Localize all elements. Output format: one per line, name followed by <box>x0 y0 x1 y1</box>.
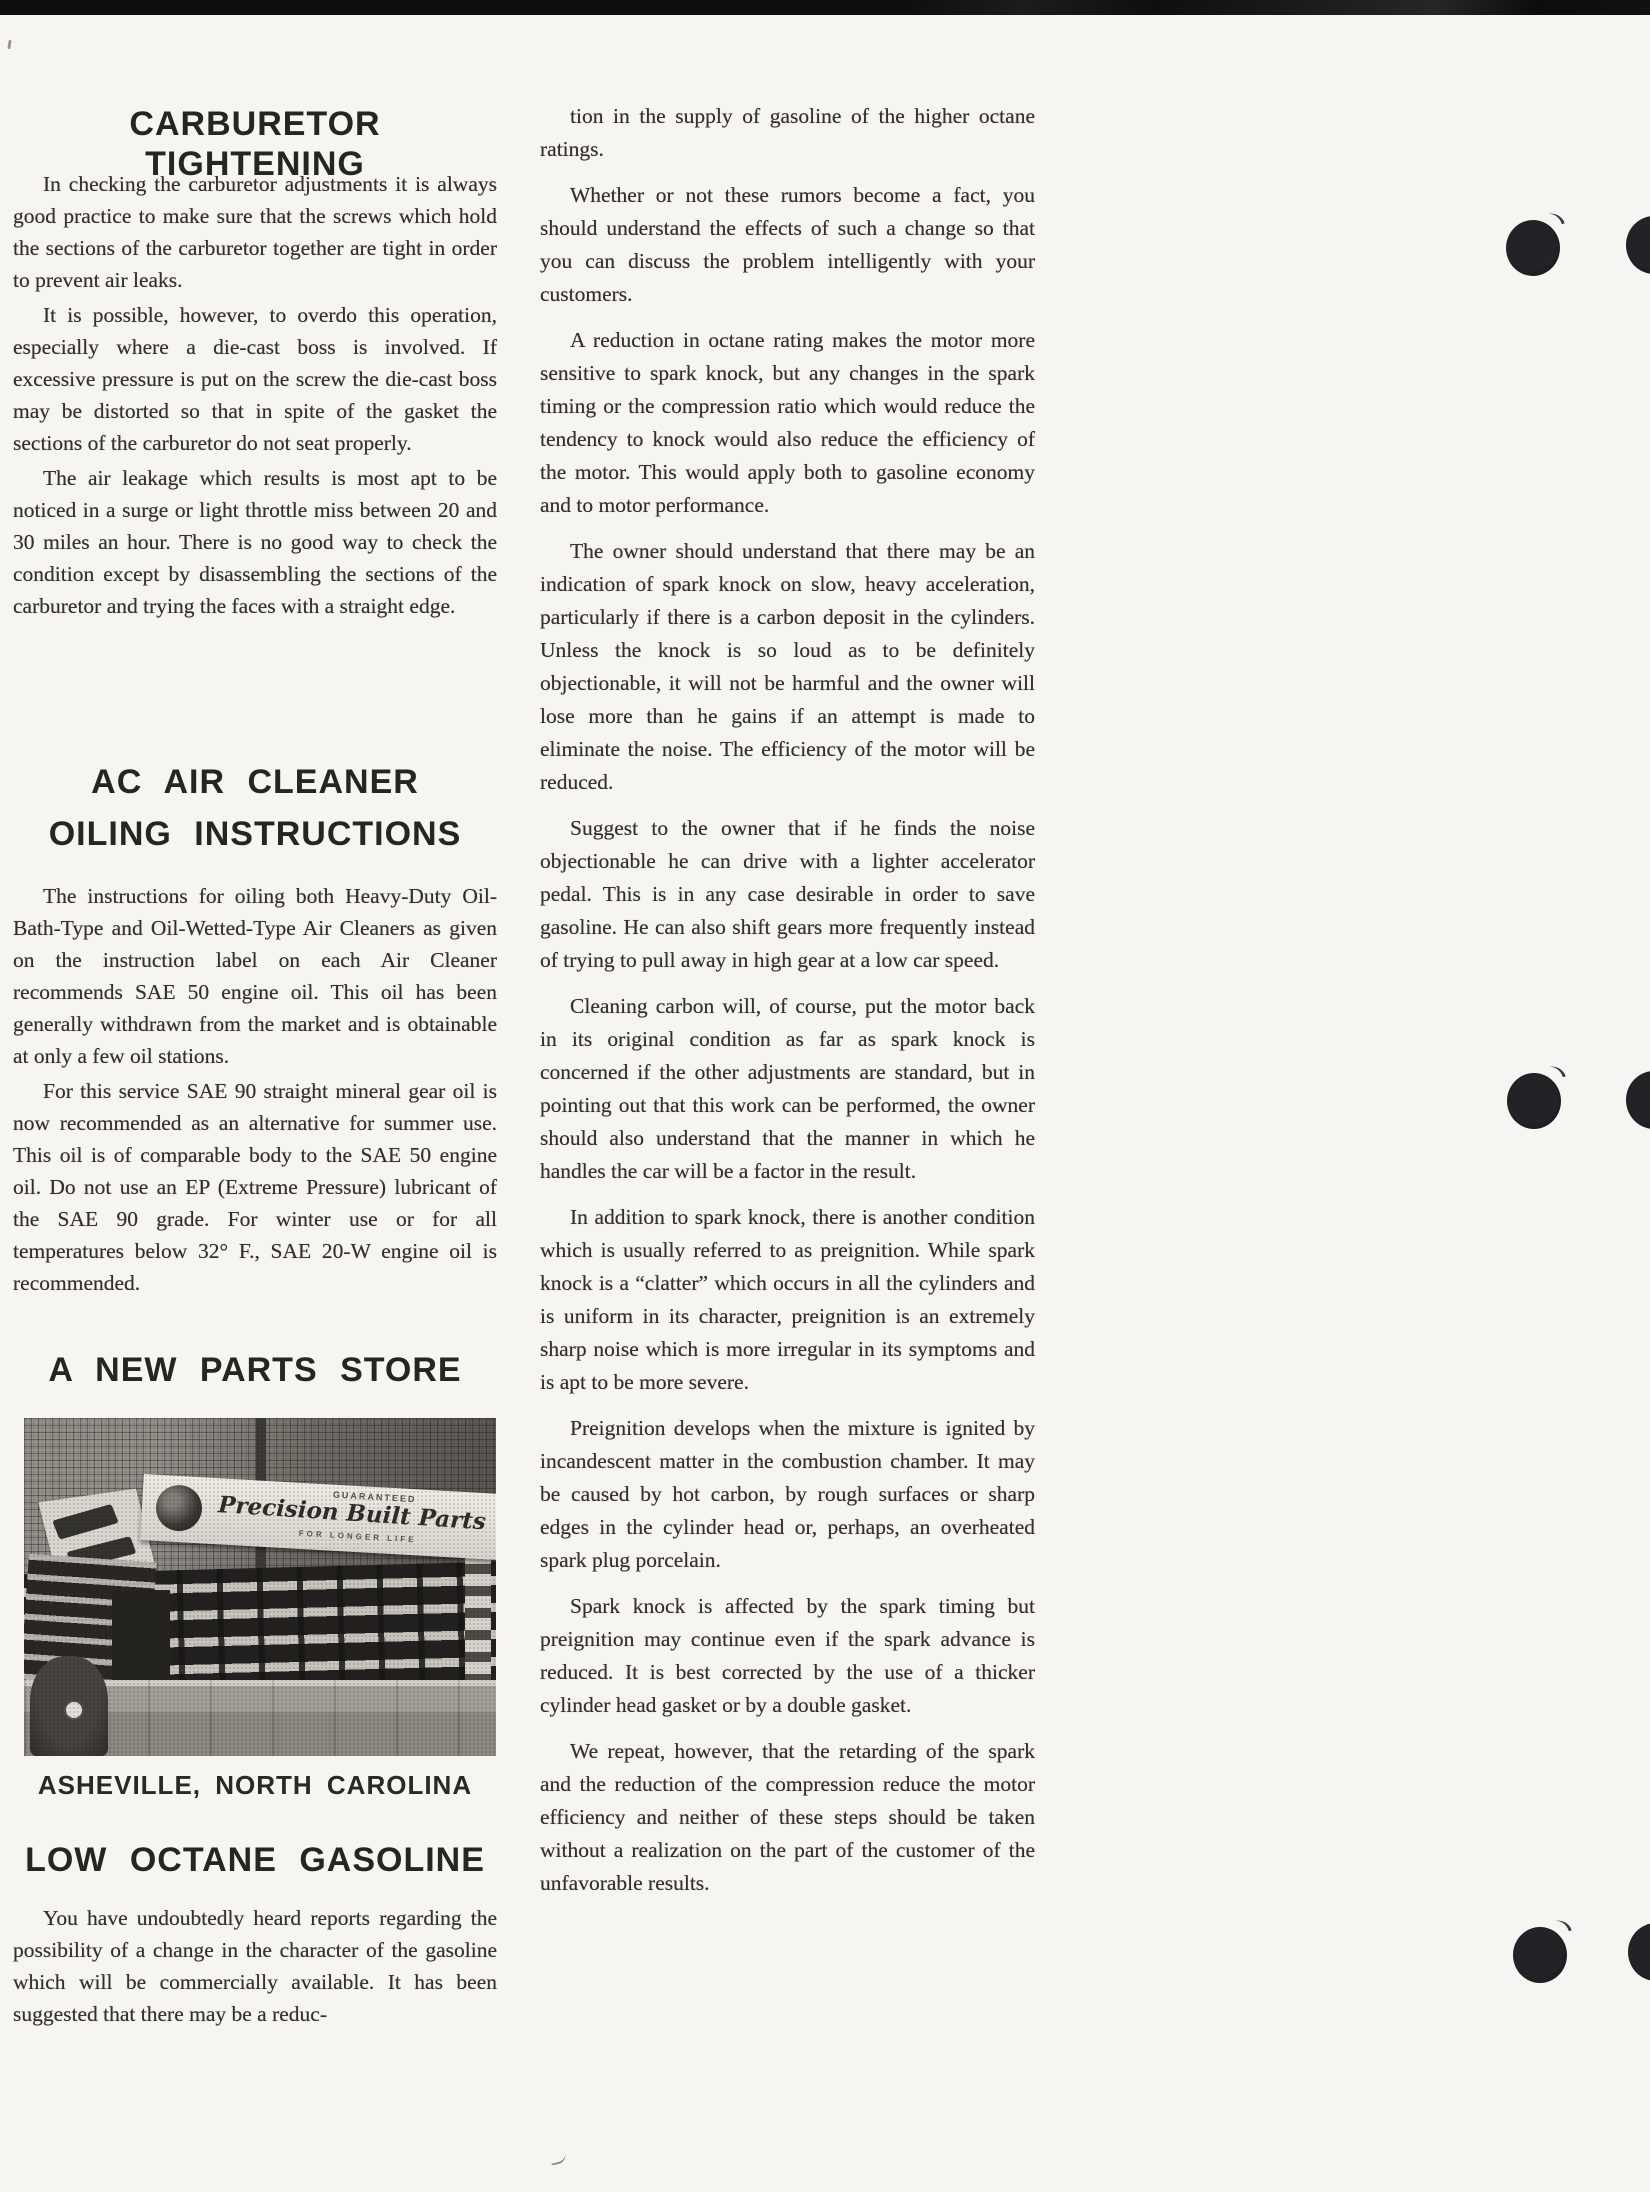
storefront-photo: GUARANTEED Precision Built Parts FOR LON… <box>24 1418 496 1756</box>
paragraph: Whether or not these rumors become a fac… <box>540 179 1035 311</box>
paragraph: You have undoubtedly heard reports regar… <box>13 1902 497 2030</box>
article-heading: LOW OCTANE GASOLINE <box>13 1840 497 1880</box>
paragraph: Spark knock is affected by the spark tim… <box>540 1590 1035 1722</box>
punch-hole <box>1507 1073 1561 1129</box>
left-column: CARBURETOR TIGHTENING In checking the ca… <box>13 0 497 2192</box>
paragraph: Cleaning carbon will, of course, put the… <box>540 990 1035 1188</box>
photo-clock <box>66 1702 82 1718</box>
article-ac-air-cleaner: AC AIR CLEANER OILING INSTRUCTIONS <box>13 756 497 860</box>
punch-hole-partial <box>1626 216 1650 274</box>
paragraph: For this service SAE 90 straight mineral… <box>13 1075 497 1299</box>
heading-line-2: OILING INSTRUCTIONS <box>49 815 462 853</box>
paragraph: The air leakage which results is most ap… <box>13 462 497 622</box>
article-body: You have undoubtedly heard reports regar… <box>13 1902 497 2033</box>
photo-caption: ASHEVILLE, NORTH CAROLINA <box>13 1770 497 1800</box>
scan-artifact <box>549 2150 567 2166</box>
punch-hole-partial <box>1628 1923 1650 1981</box>
article-heading: A NEW PARTS STORE <box>13 1350 497 1390</box>
paragraph: It is possible, however, to overdo this … <box>13 299 497 459</box>
article-body: In checking the carburetor adjustments i… <box>13 168 497 625</box>
paragraph: Preignition develops when the mixture is… <box>540 1412 1035 1577</box>
punch-hole-partial <box>1626 1071 1650 1129</box>
paragraph: The owner should understand that there m… <box>540 535 1035 799</box>
punch-hole <box>1506 220 1560 276</box>
punch-hole <box>1513 1927 1567 1983</box>
paragraph: tion in the supply of gasoline of the hi… <box>540 100 1035 166</box>
heading-line-1: AC AIR CLEANER <box>91 763 419 801</box>
sign-text-sub: FOR LONGER LIFE <box>299 1529 417 1545</box>
paragraph: The instructions for oiling both Heavy-D… <box>13 880 497 1072</box>
globe-logo-icon <box>155 1484 203 1532</box>
article-low-octane-gasoline: LOW OCTANE GASOLINE <box>13 1840 497 1880</box>
paragraph: Suggest to the owner that if he finds th… <box>540 812 1035 977</box>
scanned-bulletin-page: CARBURETOR TIGHTENING In checking the ca… <box>0 0 1650 2192</box>
paragraph: We repeat, however, that the retarding o… <box>540 1735 1035 1900</box>
right-column: tion in the supply of gasoline of the hi… <box>540 100 1035 1913</box>
photo-caption-block: ASHEVILLE, NORTH CAROLINA <box>13 1770 497 1800</box>
sign-lettering-blob <box>52 1504 119 1540</box>
paragraph: In addition to spark knock, there is ano… <box>540 1201 1035 1399</box>
article-body: The instructions for oiling both Heavy-D… <box>13 880 497 1302</box>
paragraph: In checking the carburetor adjustments i… <box>13 168 497 296</box>
paragraph: A reduction in octane rating makes the m… <box>540 324 1035 522</box>
scan-artifact <box>7 40 11 49</box>
article-new-parts-store: A NEW PARTS STORE <box>13 1350 497 1390</box>
article-heading: AC AIR CLEANER OILING INSTRUCTIONS <box>13 756 497 860</box>
